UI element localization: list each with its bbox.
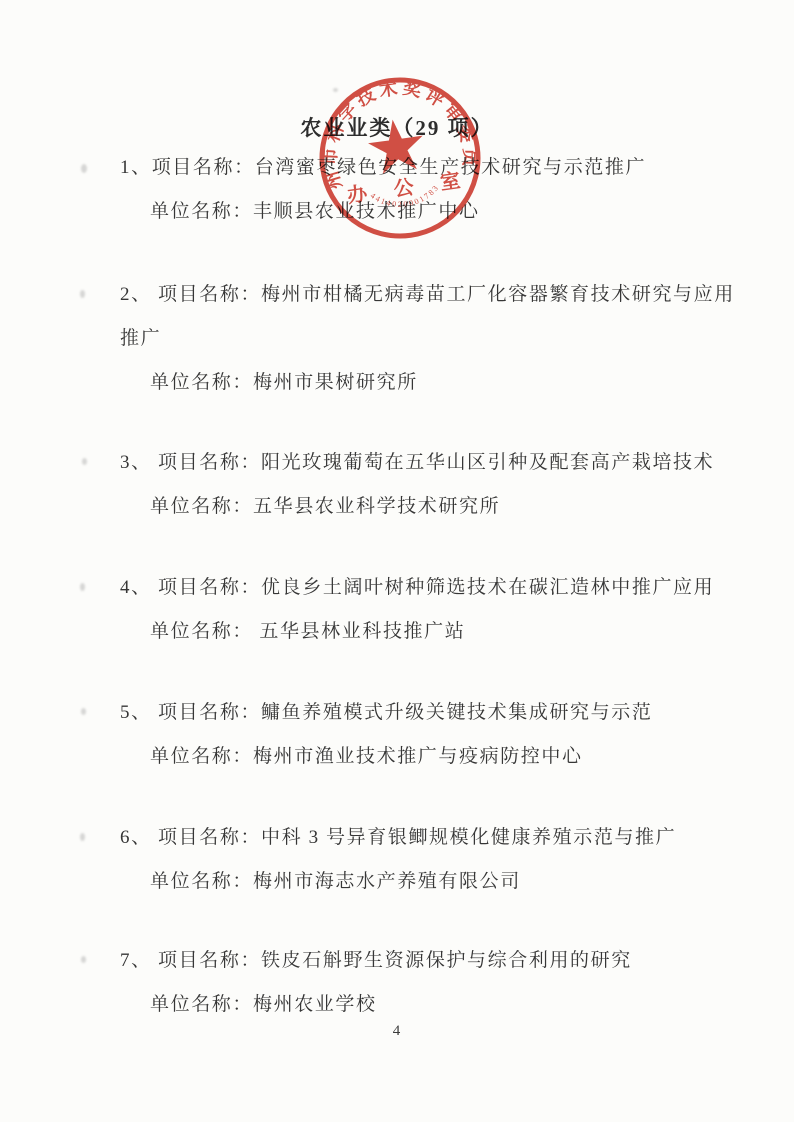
project-item: 3、 项目名称：阳光玫瑰葡萄在五华山区引种及配套高产栽培技术 单位名称：五华县农… [120, 441, 740, 529]
project-item: 5、 项目名称：鳙鱼养殖模式升级关键技术集成研究与示范 单位名称：梅州市渔业技术… [120, 691, 740, 779]
project-item: 6、 项目名称：中科 3 号异育银鲫规模化健康养殖示范与推广 单位名称：梅州市海… [120, 816, 740, 904]
project-name-line: 5、 项目名称：鳙鱼养殖模式升级关键技术集成研究与示范 [120, 691, 740, 735]
document-page: 农业业类（29 项） 1、项目名称：台湾蜜枣绿色安全生产技术研究与示范推广 单位… [0, 0, 794, 1122]
unit-name-line: 单位名称： 五华县林业科技推广站 [150, 610, 740, 654]
project-item: 2、 项目名称：梅州市柑橘无病毒苗工厂化容器繁育技术研究与应用推广 单位名称：梅… [120, 273, 740, 405]
project-item: 4、 项目名称：优良乡土阔叶树种筛选技术在碳汇造林中推广应用 单位名称： 五华县… [120, 566, 740, 654]
project-name-line: 2、 项目名称：梅州市柑橘无病毒苗工厂化容器繁育技术研究与应用 [120, 273, 740, 317]
project-name-line: 3、 项目名称：阳光玫瑰葡萄在五华山区引种及配套高产栽培技术 [120, 441, 740, 485]
project-item: 7、 项目名称：铁皮石斛野生资源保护与综合利用的研究 单位名称：梅州农业学校 [120, 939, 740, 1027]
unit-name-line: 单位名称：梅州市海志水产养殖有限公司 [150, 860, 740, 904]
project-name-line: 4、 项目名称：优良乡土阔叶树种筛选技术在碳汇造林中推广应用 [120, 566, 740, 610]
unit-name-line: 单位名称：梅州市果树研究所 [150, 361, 740, 405]
unit-name-line: 单位名称：梅州农业学校 [150, 983, 740, 1027]
project-list: 1、项目名称：台湾蜜枣绿色安全生产技术研究与示范推广 单位名称：丰顺县农业技术推… [0, 0, 794, 1122]
page-number: 4 [0, 1023, 794, 1040]
project-name-wrap-line: 推广 [120, 317, 740, 361]
project-name-line: 6、 项目名称：中科 3 号异育银鲫规模化健康养殖示范与推广 [120, 816, 740, 860]
project-item: 1、项目名称：台湾蜜枣绿色安全生产技术研究与示范推广 单位名称：丰顺县农业技术推… [120, 146, 740, 234]
project-name-line: 1、项目名称：台湾蜜枣绿色安全生产技术研究与示范推广 [120, 146, 740, 190]
project-name-line: 7、 项目名称：铁皮石斛野生资源保护与综合利用的研究 [120, 939, 740, 983]
unit-name-line: 单位名称：梅州市渔业技术推广与疫病防控中心 [150, 735, 740, 779]
unit-name-line: 单位名称：丰顺县农业技术推广中心 [150, 190, 740, 234]
unit-name-line: 单位名称：五华县农业科学技术研究所 [150, 485, 740, 529]
